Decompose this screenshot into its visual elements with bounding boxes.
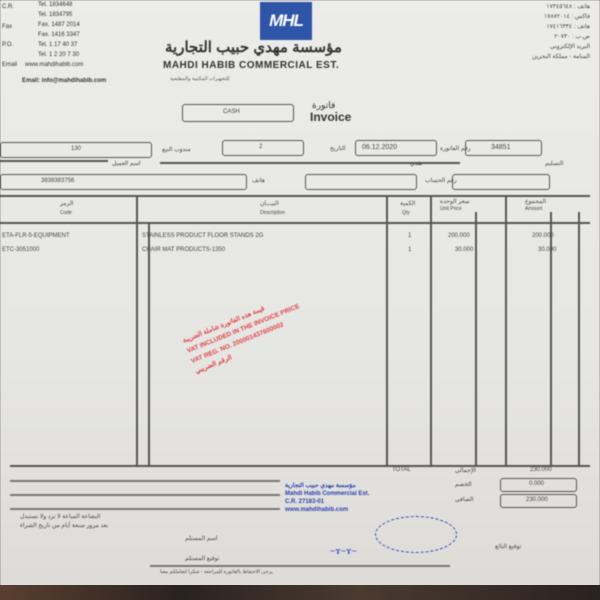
company-logo: MHL [260, 2, 312, 40]
company-subtitle: للتجهيزات المكتبية والمطبعية [170, 76, 230, 82]
invoice-number-field: 34851 [465, 140, 542, 156]
date-field: 06.12.2020 [355, 140, 437, 156]
phone-field [305, 174, 417, 190]
reference-field: 3838383756 [0, 174, 247, 190]
company-stamp: مؤسسة مهدي حبيب التجارية Mahdi Habib Com… [285, 482, 369, 514]
net-box: 230.000 [500, 494, 577, 508]
discount-box: 0.000 [500, 478, 577, 492]
right-contact: هاتف : ١٧٣٤٥٦٤٨ فاكس : ١٧٨٧٢٠١٤ هاتف : ١… [532, 2, 590, 62]
signature: ~ɤ~ɤ~ [330, 546, 357, 556]
signature-scribble [375, 516, 457, 553]
vat-stamp: قيمة هذه الفاتورة شاملة الضريبة VAT INCL… [181, 291, 309, 377]
company-name-ar: مؤسسة مهدي حبيب التجارية [165, 38, 342, 56]
invoice-title-en: Invoice [310, 110, 351, 124]
company-name-en: MAHDI HABIB COMMERCIAL EST. [163, 60, 339, 71]
sales-field: 2 [222, 140, 304, 156]
payment-type-box: CASH [182, 104, 294, 122]
po-field: 130 [0, 142, 152, 158]
background-surface [0, 585, 600, 600]
invoice-paper: C.R. Tel. 1834648 Tel. 1834795 Fax Fax. … [0, 0, 600, 588]
account-field [452, 174, 550, 190]
